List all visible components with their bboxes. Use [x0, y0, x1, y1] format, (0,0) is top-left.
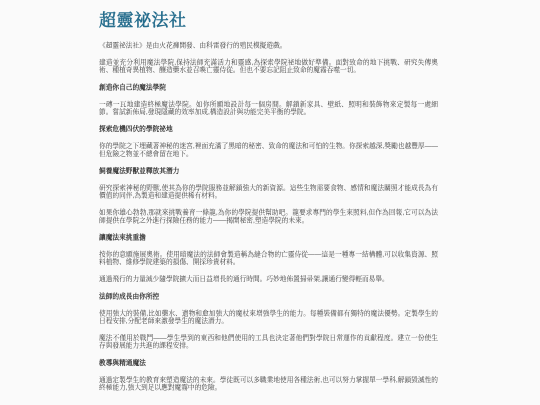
- section-heading-build-school: 創造你自己的魔法學院: [99, 83, 438, 91]
- paragraph: 通過定製學生的教育來塑造魔法的未來。學徒既可以多職業地使用各種法術,也可以努力掌…: [99, 376, 438, 391]
- intro-paragraph: 《超靈祕法社》是由火花褲開發、由科雷發行的殖民模擬遊戲。: [99, 42, 438, 50]
- paragraph: 研究探索神秘的野獸,使其為你的學院服務並解鎖強大的新資源。這些生物需要食物、感情…: [99, 184, 438, 199]
- page-title: 超靈祕法社: [99, 11, 438, 30]
- overview-paragraph: 建造並充分利用魔法學院,保持法師充滿活力和靈感,為探索學院祕地做好準備。面對致命…: [99, 59, 438, 74]
- paragraph: 使用強大的裝備,比如藥水、遺物和愈加強大的魔杖來增強學生的能力。每種裝備都有獨特…: [99, 309, 438, 324]
- section-heading-mage-growth: 法師的成長由你所控: [99, 292, 438, 300]
- section-heading-magic-labor: 讓魔法來挑重擔: [99, 233, 438, 241]
- paragraph: 魔法不僅用於戰鬥——學生學到的東西和他們使用的工具也決定著他們對學院日常運作的貢…: [99, 334, 438, 349]
- paragraph: 按你的意願施展奧術。使用暗魔法的法師會製造稱為縫合物的亡靈侍從——這是一種專一結…: [99, 251, 438, 266]
- section-heading-underschool: 探索危機四伏的學院祕地: [99, 125, 438, 133]
- paragraph: 你的學院之下埋藏著神秘的迷宮,裡面充滿了黑暗的秘密、致命的魔法和可怕的生物。你探…: [99, 142, 438, 157]
- paragraph: 通過飛行的力量減少隨學院擴大而日益增長的通行時間。巧妙地佈置掃帚架,讓通行變得輕…: [99, 275, 438, 283]
- paragraph: 一磚一瓦地建造終極魔法學院。如你所願地設計每一個房間。解鎖新家具、壁紙、照明和裝…: [99, 100, 438, 115]
- section-heading-beasts: 飼養魔法野獸並釋放其潛力: [99, 167, 438, 175]
- paragraph: 如果你雄心勃勃,那就來挑戰養育一條龍,為你的學院提供幫助吧。龍要求專門的學生來照…: [99, 209, 438, 224]
- section-heading-teach-master: 教導與精通魔法: [99, 359, 438, 367]
- article: 超靈祕法社 《超靈祕法社》是由火花褲開發、由科雷發行的殖民模擬遊戲。 建造並充分…: [99, 11, 438, 401]
